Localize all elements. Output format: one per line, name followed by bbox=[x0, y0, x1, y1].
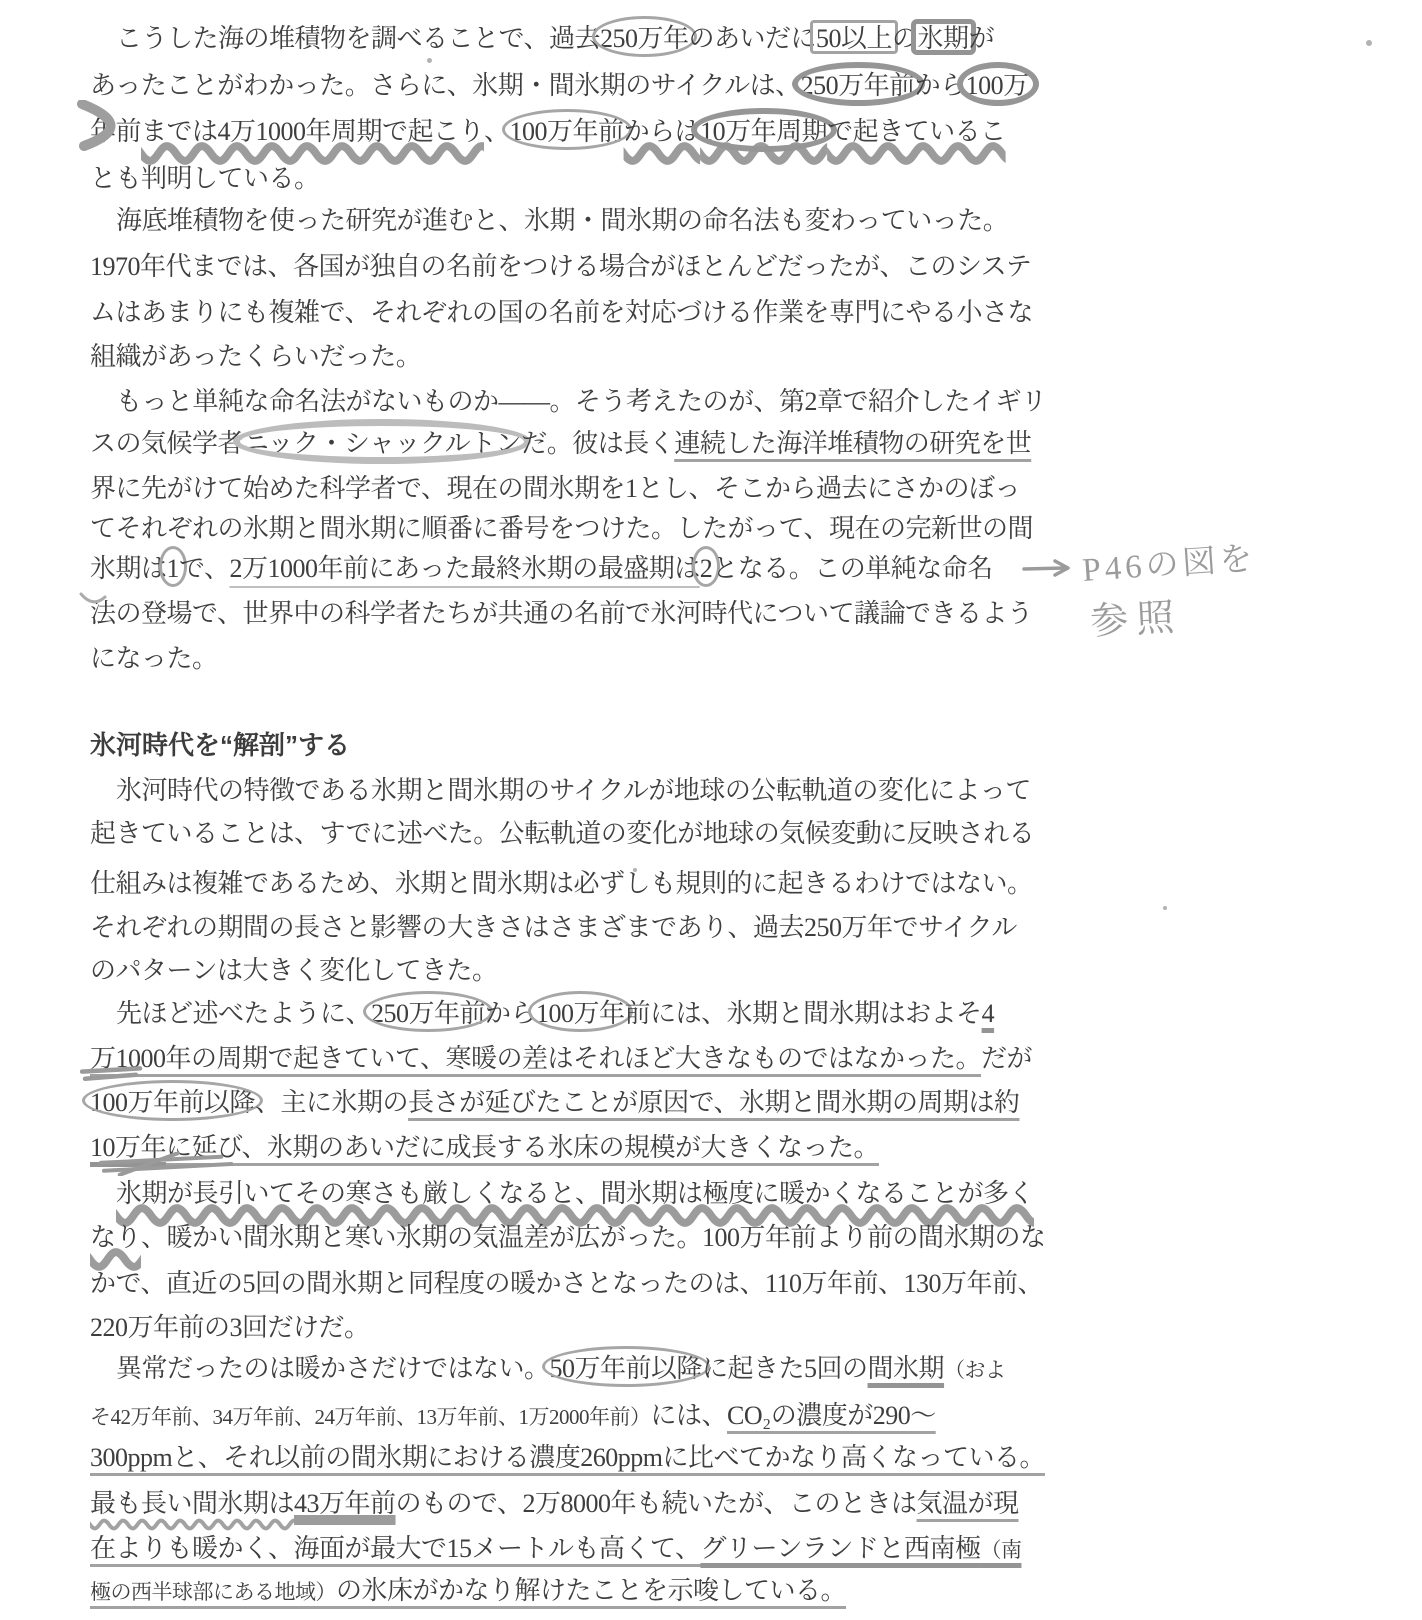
text-segment: だが bbox=[981, 1044, 1032, 1073]
text-segment: （およ bbox=[944, 1358, 1006, 1382]
pencil-annotated-text: 100万年 bbox=[536, 999, 625, 1028]
pencil-annotated-text: 100万年前以降 bbox=[90, 1088, 255, 1117]
pencil-annotated-text: ニック・シャックルトン bbox=[243, 429, 521, 458]
text-segment: のもので、2万8000年も続いたが、このときは bbox=[396, 1489, 917, 1518]
text-line: 300ppmと、それ以前の間氷期における濃度260ppmに比べてかなり高くなって… bbox=[90, 1442, 1045, 1473]
text-segment: のあいだに bbox=[689, 24, 817, 53]
page: こうした海の堆積物を調べることで、過去250万年のあいだに50以上の氷期があった… bbox=[0, 0, 1422, 1620]
text-line: 100万年前以降、主に氷期の長さが延びたことが原因で、氷期と間氷期の周期は約 bbox=[90, 1087, 1020, 1118]
text-line: スの気候学者ニック・シャックルトンだ。彼は長く連続した海洋堆積物の研究を世 bbox=[90, 428, 1031, 459]
text-line: になった。 bbox=[90, 643, 218, 674]
text-segment: から bbox=[915, 71, 966, 100]
text-segment: 氷河時代を“解剖”する bbox=[90, 730, 350, 760]
pencil-annotated-text: 2 bbox=[700, 554, 713, 583]
text-segment: になった。 bbox=[90, 644, 218, 673]
pencil-annotated-text: 極の西半球部にある地域） bbox=[90, 1580, 336, 1604]
pencil-annotated-text: グリーンランドと西南極 bbox=[700, 1534, 980, 1563]
text-line: それぞれの期間の長さと影響の大きさはさまざまであり、過去250万年でサイクル bbox=[90, 912, 1017, 943]
pencil-annotated-text: 1 bbox=[167, 554, 180, 583]
text-segment: スの気候学者 bbox=[90, 429, 243, 458]
text-segment: が bbox=[969, 24, 995, 53]
pencil-annotated-text: 50以上 bbox=[816, 24, 892, 53]
text-segment: あったことがわかった。さらに、氷期・間氷期のサイクルは、 bbox=[90, 71, 801, 100]
pencil-annotated-text: 長さが延びたことが原因で、氷期と間氷期の周期は約 bbox=[408, 1088, 1019, 1117]
text-line: 10万年に延び、氷期のあいだに成長する氷床の規模が大きくなった。 bbox=[90, 1132, 879, 1163]
text-segment: 、暖かい間氷期と寒い氷期の気温差が広がった。100万年前より前の間氷期のな bbox=[141, 1223, 1046, 1252]
text-segment: 前には、氷期と間氷期はおよそ bbox=[625, 999, 982, 1028]
pencil-annotated-text: 250万年 bbox=[600, 24, 689, 53]
text-segment: となる。この単純な命名 bbox=[712, 554, 993, 583]
text-segment: 法の登場で、世界中の科学者たちが共通の名前で氷河時代について議論できるよう bbox=[90, 599, 1032, 628]
pencil-speck-mark bbox=[1366, 40, 1372, 46]
text-segment: 界に先がけて始めた科学者で、現在の間氷期を1とし、そこから過去にさかのぼっ bbox=[90, 474, 1020, 503]
text-segment: とも判明している。 bbox=[90, 164, 320, 193]
pencil-annotated-text: 250万年前 bbox=[371, 999, 485, 1028]
text-segment: 氷河時代の特徴である氷期と間氷期のサイクルが地球の公転軌道の変化によって bbox=[116, 776, 1031, 805]
text-line: 法の登場で、世界中の科学者たちが共通の名前で氷河時代について議論できるよう bbox=[90, 598, 1032, 629]
text-line: なり、暖かい間氷期と寒い氷期の気温差が広がった。100万年前より前の間氷期のな bbox=[90, 1222, 1046, 1253]
pencil-annotated-text: 気温が現 bbox=[917, 1489, 1019, 1518]
text-line: 氷河時代の特徴である氷期と間氷期のサイクルが地球の公転軌道の変化によって bbox=[116, 775, 1031, 806]
pencil-annotated-text: 連続した海洋堆積物の研究を世 bbox=[674, 429, 1031, 458]
pencil-annotated-text: からは bbox=[624, 117, 701, 146]
pencil-annotated-text: 万1000年の周期で起きていて、寒暖の差はそれほど大きなものではなかった。 bbox=[90, 1044, 981, 1073]
text-line: 仕組みは複雑であるため、氷期と間氷期は必ずしも規則的に起きるわけではない。 bbox=[90, 868, 1032, 899]
text-line: 220万年前の3回だけだ。 bbox=[90, 1312, 370, 1343]
text-segment: だ。彼は長く bbox=[521, 429, 674, 458]
text-segment: 仕組みは複雑であるため、氷期と間氷期は必ずしも規則的に起きるわけではない。 bbox=[90, 869, 1032, 898]
text-line: 万1000年の周期で起きていて、寒暖の差はそれほど大きなものではなかった。だが bbox=[90, 1043, 1032, 1074]
section-heading: 氷河時代を“解剖”する bbox=[90, 730, 350, 761]
text-segment: ムはあまりにも複雑で、それぞれの国の名前を対応づける作業を専門にやる小さな bbox=[90, 298, 1033, 327]
pencil-annotated-text: 43万年前 bbox=[294, 1489, 396, 1518]
text-segment: 、 bbox=[484, 117, 510, 146]
pencil-speck-mark bbox=[1163, 906, 1167, 910]
text-segment: もっと単純な命名法がないものか——。そう考えたのが、第2章で紹介したイギリ bbox=[116, 387, 1047, 416]
text-line: かで、直近の5回の間氷期と同程度の暖かさとなったのは、110万年前、130万年前… bbox=[90, 1268, 1043, 1299]
text-line: 在よりも暖かく、海面が最大で15メートルも高くて、グリーンランドと西南極（南 bbox=[90, 1533, 1021, 1564]
text-line: 年前までは4万1000年周期で起こり、100万年前からは10万年周期で起きている… bbox=[90, 116, 1006, 147]
text-line: 組織があったくらいだった。 bbox=[90, 341, 421, 372]
pencil-annotated-text: CO₂の濃度が290～ bbox=[727, 1401, 936, 1430]
pencil-annotated-text: なり bbox=[90, 1223, 141, 1252]
text-line: てそれぞれの氷期と間氷期に順番に番号をつけた。したがって、現在の完新世の間 bbox=[90, 513, 1033, 544]
text-segment: それぞれの期間の長さと影響の大きさはさまざまであり、過去250万年でサイクル bbox=[90, 913, 1017, 942]
pencil-annotated-text: 250万年前 bbox=[801, 71, 915, 100]
text-segment: 異常だったのは暖かさだけではない。 bbox=[116, 1354, 550, 1383]
text-line: こうした海の堆積物を調べることで、過去250万年のあいだに50以上の氷期が bbox=[116, 23, 994, 54]
text-segment: 起きていることは、すでに述べた。公転軌道の変化が地球の気候変動に反映される bbox=[90, 819, 1034, 848]
text-segment: に起きた5回の bbox=[702, 1354, 868, 1383]
text-segment: 1970年代までは、各国が独自の名前をつける場合がほとんどだったが、このシステ bbox=[90, 252, 1031, 281]
text-line: 界に先がけて始めた科学者で、現在の間氷期を1とし、そこから過去にさかのぼっ bbox=[90, 473, 1020, 504]
margin-note: P46の図を 参照 bbox=[1020, 540, 1420, 660]
text-line: 最も長い間氷期は43万年前のもので、2万8000年も続いたが、このときは気温が現 bbox=[90, 1488, 1019, 1519]
margin-note-line1: P46の図を bbox=[1081, 532, 1258, 591]
text-line: 異常だったのは暖かさだけではない。50万年前以降に起きた5回の間氷期（およ bbox=[116, 1353, 1006, 1384]
pencil-annotated-text: に延び、氷期のあいだに成長する氷床の規模が大きくなった。 bbox=[166, 1133, 879, 1162]
text-line: 氷期は1で、2万1000年前にあった最終氷期の最盛期は2となる。この単純な命名 bbox=[90, 553, 993, 584]
text-segment: かで、直近の5回の間氷期と同程度の暖かさとなったのは、110万年前、130万年前… bbox=[90, 1269, 1043, 1298]
pencil-annotated-text: 間氷期 bbox=[868, 1354, 945, 1383]
pencil-annotated-text: の氷床がかなり解けたことを示唆している。 bbox=[336, 1576, 846, 1605]
text-line: そ42万年前、34万年前、24万年前、13万年前、1万2000年前）には、CO₂… bbox=[90, 1400, 936, 1431]
text-segment: こうした海の堆積物を調べることで、過去 bbox=[116, 24, 600, 53]
pencil-annotated-text: までは4万1000年周期で起こり bbox=[141, 117, 484, 146]
text-segment: 先ほど述べたように、 bbox=[116, 999, 371, 1028]
text-line: ムはあまりにも複雑で、それぞれの国の名前を対応づける作業を専門にやる小さな bbox=[90, 297, 1033, 328]
text-segment: 、主に氷期の bbox=[255, 1088, 408, 1117]
text-line: のパターンは大きく変化してきた。 bbox=[90, 955, 497, 986]
text-segment: には、 bbox=[651, 1401, 728, 1430]
pencil-annotated-text: （南 bbox=[980, 1538, 1021, 1562]
text-segment: 海底堆積物を使った研究が進むと、氷期・間氷期の命名法も変わっていった。 bbox=[116, 206, 1008, 235]
text-line: とも判明している。 bbox=[90, 163, 320, 194]
arrow-right-icon bbox=[1022, 558, 1078, 578]
pencil-annotated-text: 10万年周期 bbox=[700, 117, 827, 146]
pencil-annotated-text: 50万年前以降 bbox=[550, 1354, 703, 1383]
text-segment: から bbox=[485, 999, 536, 1028]
pencil-speck-mark bbox=[427, 58, 432, 63]
pencil-annotated-text: で起きているこ bbox=[827, 117, 1006, 146]
text-line: 先ほど述べたように、250万年前から100万年前には、氷期と間氷期はおよそ4 bbox=[116, 998, 994, 1029]
text-line: 極の西半球部にある地域）の氷床がかなり解けたことを示唆している。 bbox=[90, 1575, 846, 1606]
pencil-annotated-text: 10万年 bbox=[90, 1133, 166, 1162]
text-segment: の bbox=[892, 24, 918, 53]
text-line: 1970年代までは、各国が独自の名前をつける場合がほとんどだったが、このシステ bbox=[90, 251, 1031, 282]
text-segment: てそれぞれの氷期と間氷期に順番に番号をつけた。したがって、現在の完新世の間 bbox=[90, 514, 1033, 543]
text-segment: 220万年前の3回だけだ。 bbox=[90, 1313, 370, 1342]
pencil-annotated-text: 2万1000年前にあった最終氷期の最盛期は bbox=[230, 554, 700, 583]
text-segment: 組織があったくらいだった。 bbox=[90, 342, 421, 371]
text-line: もっと単純な命名法がないものか——。そう考えたのが、第2章で紹介したイギリ bbox=[116, 386, 1047, 417]
text-segment: のパターンは大きく変化してきた。 bbox=[90, 956, 497, 985]
pencil-annotated-text: 100万 bbox=[966, 71, 1029, 100]
pencil-annotated-text: 最も長い間氷期は bbox=[90, 1489, 294, 1518]
text-segment: 年前 bbox=[90, 117, 141, 146]
text-segment: で、 bbox=[179, 554, 229, 583]
text-line: 氷期が長引いてその寒さも厳しくなると、間氷期は極度に暖かくなることが多く bbox=[116, 1178, 1034, 1209]
pencil-annotated-text: 氷期が長引いてその寒さも厳しくなると、間氷期は極度に暖かくなることが多く bbox=[116, 1179, 1034, 1208]
text-line: あったことがわかった。さらに、氷期・間氷期のサイクルは、250万年前から100万 bbox=[90, 70, 1029, 101]
text-line: 海底堆積物を使った研究が進むと、氷期・間氷期の命名法も変わっていった。 bbox=[116, 205, 1008, 236]
pencil-annotated-text: 100万年前 bbox=[510, 117, 624, 146]
pencil-annotated-text: 在よりも暖かく、海面が最大で15メートルも高くて、 bbox=[90, 1534, 700, 1563]
margin-note-line2: 参照 bbox=[1089, 586, 1184, 646]
text-segment: 氷期は bbox=[90, 554, 167, 583]
pencil-annotated-text: 300ppmと、それ以前の間氷期における濃度260ppmに比べてかなり高くなって… bbox=[90, 1443, 1045, 1472]
pencil-annotated-text: 4 bbox=[982, 999, 995, 1028]
text-line: 起きていることは、すでに述べた。公転軌道の変化が地球の気候変動に反映される bbox=[90, 818, 1034, 849]
text-segment: そ42万年前、34万年前、24万年前、13万年前、1万2000年前） bbox=[90, 1405, 651, 1429]
pencil-annotated-text: 氷期 bbox=[918, 24, 969, 53]
